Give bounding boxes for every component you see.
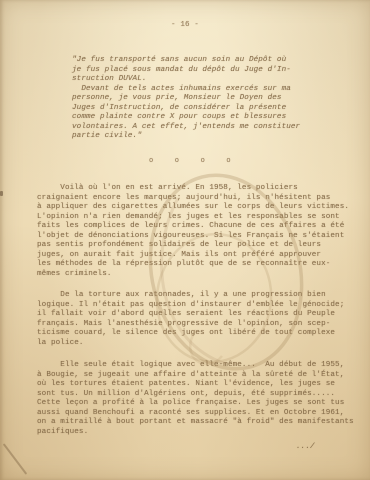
section-separator: o o o o (149, 157, 269, 167)
continuation-mark: .../ (296, 443, 356, 453)
page-number: - 16 - (0, 21, 370, 31)
body-paragraph-1: Voilà où l'on en est arrivé. En 1958, le… (37, 184, 353, 279)
body-paragraph-2: De la torture aux ratonnades, il y a une… (37, 291, 353, 348)
corner-crease (3, 443, 27, 475)
document-page: - 16 - "Je fus transporté sans aucun soi… (0, 0, 370, 480)
body-paragraph-3: Elle seule était logique avec elle-même.… (37, 361, 359, 437)
edge-smudge (0, 191, 3, 196)
quoted-passage: "Je fus transporté sans aucun soin au Dé… (72, 56, 320, 142)
